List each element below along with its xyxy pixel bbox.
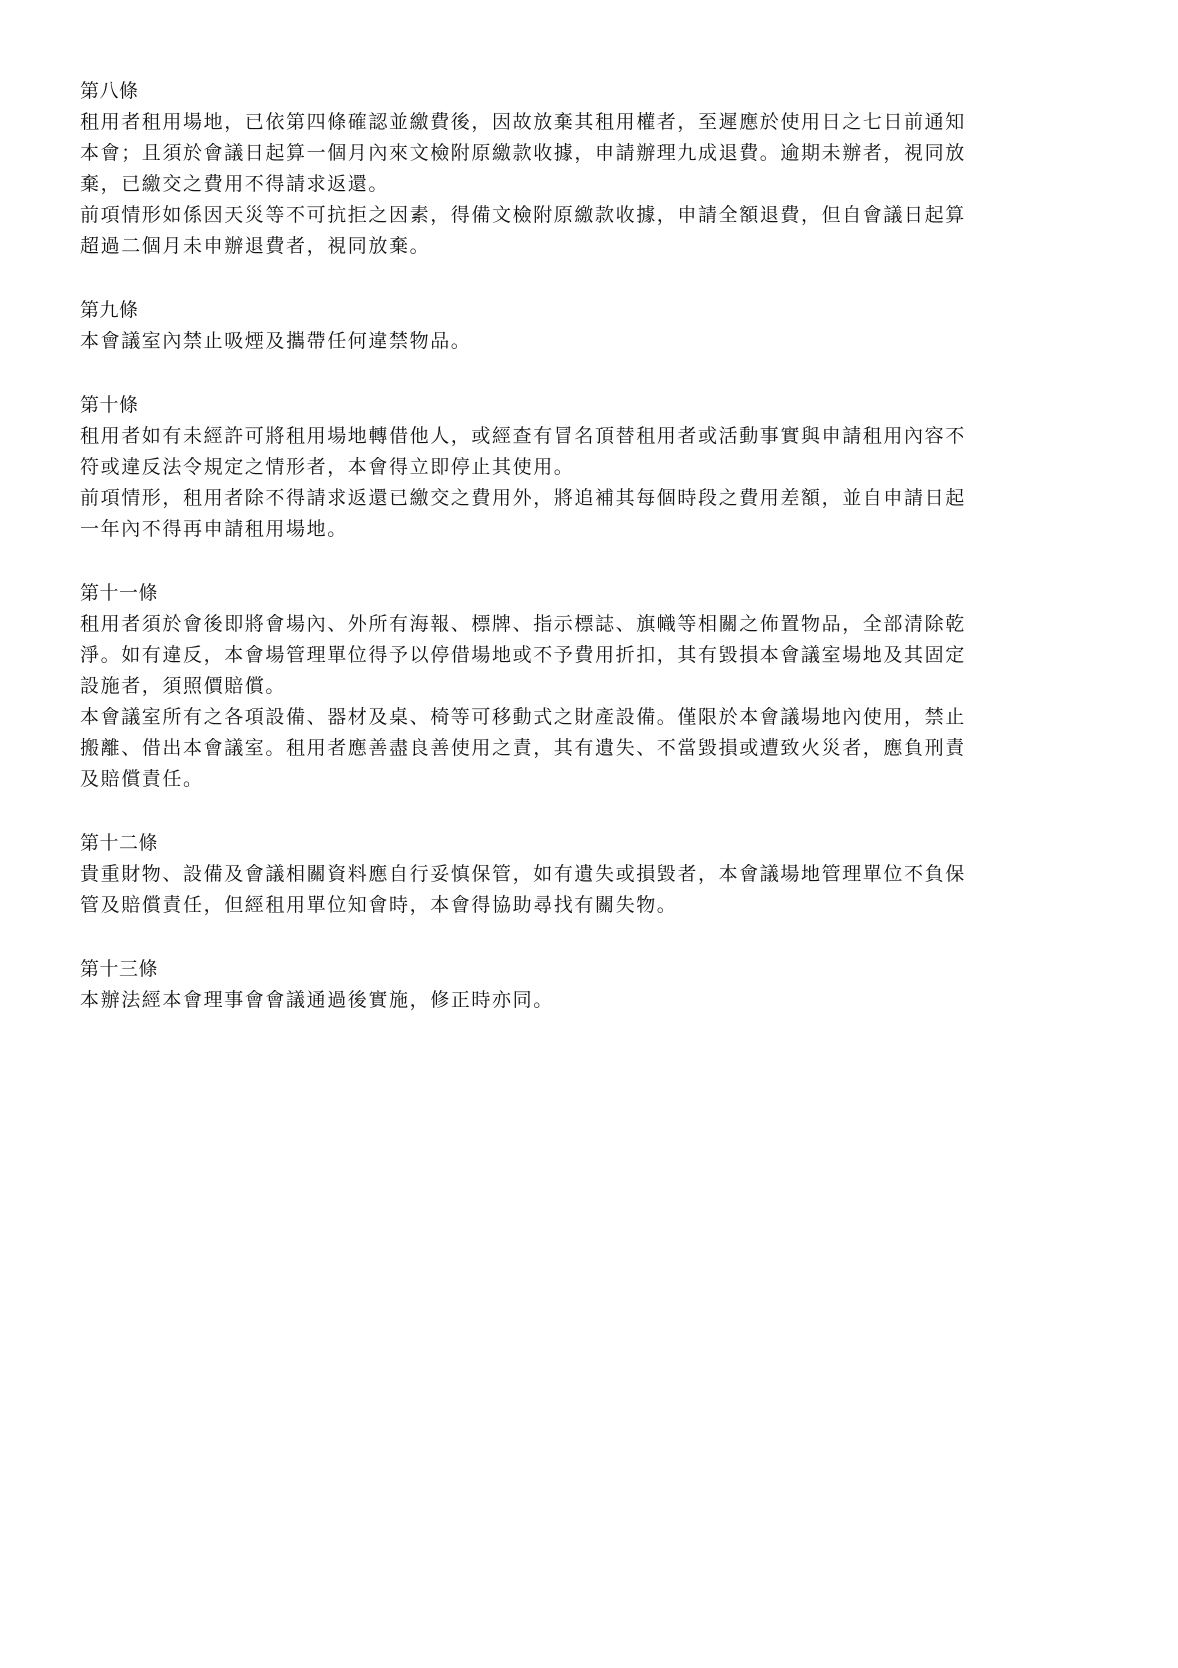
article-text-line: 一年內不得再申請租用場地。 [80, 514, 1105, 545]
article-title: 第九條 [80, 295, 1105, 326]
article-text-line: 租用者須於會後即將會場內、外所有海報、標牌、指示標誌、旗幟等相關之佈置物品，全部… [80, 609, 1105, 640]
article-text-line: 本會；且須於會議日起算一個月內來文檢附原繳款收據，申請辦理九成退費。逾期未辦者，… [80, 138, 1105, 169]
article-text-line: 超過二個月未申辦退費者，視同放棄。 [80, 231, 1105, 262]
article-text-line: 搬離、借出本會議室。租用者應善盡良善使用之責，其有遺失、不當毀損或遭致火災者，應… [80, 733, 1105, 764]
article-8: 第八條 租用者租用場地，已依第四條確認並繳費後，因故放棄其租用權者，至遲應於使用… [80, 76, 1105, 262]
article-title: 第十條 [80, 390, 1105, 421]
article-text-line: 本辦法經本會理事會會議通過後實施，修正時亦同。 [80, 985, 1105, 1016]
article-text-line: 本會議室所有之各項設備、器材及桌、椅等可移動式之財產設備。僅限於本會議場地內使用… [80, 702, 1105, 733]
article-text-line: 設施者，須照價賠償。 [80, 671, 1105, 702]
article-text-line: 棄，已繳交之費用不得請求返還。 [80, 169, 1105, 200]
article-13: 第十三條 本辦法經本會理事會會議通過後實施，修正時亦同。 [80, 954, 1105, 1016]
article-text-line: 及賠償責任。 [80, 764, 1105, 795]
article-10: 第十條 租用者如有未經許可將租用場地轉借他人，或經查有冒名頂替租用者或活動事實與… [80, 390, 1105, 545]
article-text-line: 前項情形，租用者除不得請求返還已繳交之費用外，將追補其每個時段之費用差額，並自申… [80, 483, 1105, 514]
article-text-line: 管及賠償責任，但經租用單位知會時，本會得協助尋找有關失物。 [80, 890, 1105, 921]
article-text-line: 租用者如有未經許可將租用場地轉借他人，或經查有冒名頂替租用者或活動事實與申請租用… [80, 421, 1105, 452]
article-11: 第十一條 租用者須於會後即將會場內、外所有海報、標牌、指示標誌、旗幟等相關之佈置… [80, 578, 1105, 795]
article-text-line: 前項情形如係因天災等不可抗拒之因素，得備文檢附原繳款收據，申請全額退費，但自會議… [80, 200, 1105, 231]
article-text-line: 租用者租用場地，已依第四條確認並繳費後，因故放棄其租用權者，至遲應於使用日之七日… [80, 107, 1105, 138]
article-12: 第十二條 貴重財物、設備及會議相關資料應自行妥慎保管，如有遺失或損毀者，本會議場… [80, 828, 1105, 921]
document-page: 第八條 租用者租用場地，已依第四條確認並繳費後，因故放棄其租用權者，至遲應於使用… [80, 76, 1105, 1049]
article-title: 第八條 [80, 76, 1105, 107]
article-text-line: 本會議室內禁止吸煙及攜帶任何違禁物品。 [80, 326, 1105, 357]
article-text-line: 貴重財物、設備及會議相關資料應自行妥慎保管，如有遺失或損毀者，本會議場地管理單位… [80, 859, 1105, 890]
article-title: 第十二條 [80, 828, 1105, 859]
article-text-line: 淨。如有違反，本會場管理單位得予以停借場地或不予費用折扣，其有毀損本會議室場地及… [80, 640, 1105, 671]
article-title: 第十三條 [80, 954, 1105, 985]
article-9: 第九條 本會議室內禁止吸煙及攜帶任何違禁物品。 [80, 295, 1105, 357]
article-title: 第十一條 [80, 578, 1105, 609]
article-text-line: 符或違反法令規定之情形者，本會得立即停止其使用。 [80, 452, 1105, 483]
